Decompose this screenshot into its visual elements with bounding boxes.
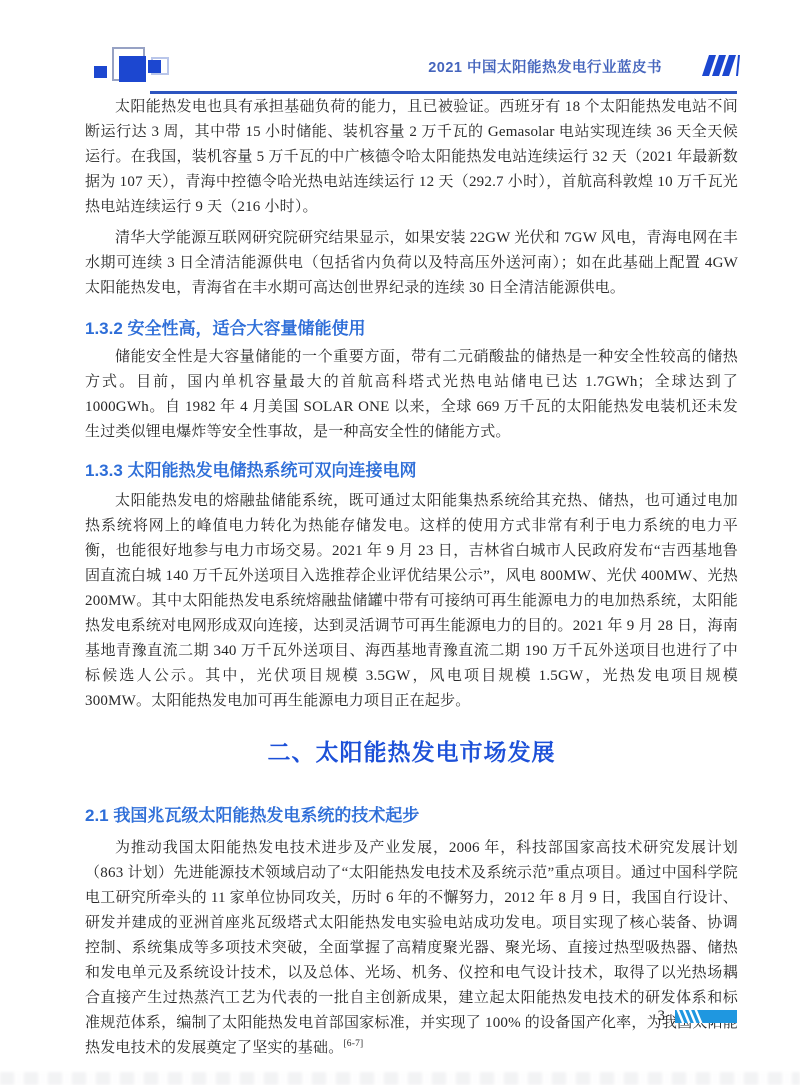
page-edge-artifact — [0, 1072, 800, 1085]
section-heading-1-3-3: 1.3.3 太阳能热发电储热系统可双向连接电网 — [85, 459, 738, 483]
page-number: 3 — [658, 1008, 666, 1025]
document-page: 2021 中国太阳能热发电行业蓝皮书 太阳能热发电也具有承担基础负荷的能力，且已… — [0, 0, 800, 1085]
citation-ref: [6-7] — [343, 1039, 363, 1049]
body-paragraph-2: 清华大学能源互联网研究院研究结果显示，如果安装 22GW 光伏和 7GW 风电，… — [85, 226, 738, 301]
footer-stripe-bar-icon — [675, 1010, 737, 1023]
body-paragraph-5: 为推动我国太阳能热发电技术进步及产业发展，2006 年，科技部国家高技术研究发展… — [85, 836, 738, 1061]
header-rule — [150, 91, 737, 94]
body-paragraph-4: 太阳能热发电的熔融盐储能系统，既可通过太阳能集热系统给其充热、储热，也可通过电加… — [85, 489, 738, 714]
logo-small-right-square — [148, 60, 161, 73]
section-heading-2-1: 2.1 我国兆瓦级太阳能热发电系统的技术起步 — [85, 804, 738, 828]
body-paragraph-3: 储能安全性是大容量储能的一个重要方面，带有二元硝酸盐的储热是一种安全性较高的储热… — [85, 345, 738, 445]
section-heading-1-3-2: 1.3.2 安全性高，适合大容量储能使用 — [85, 317, 738, 341]
page-footer: 3 — [658, 1008, 738, 1025]
body-paragraph-5-text: 为推动我国太阳能热发电技术进步及产业发展，2006 年，科技部国家高技术研究发展… — [85, 840, 738, 1056]
header-title: 2021 中国太阳能热发电行业蓝皮书 — [428, 56, 662, 77]
chapter-heading: 二、太阳能热发电市场发展 — [85, 736, 738, 768]
header-slashes-icon — [702, 54, 740, 77]
bluebook-logo-icon — [93, 46, 173, 86]
logo-filled-square — [119, 56, 146, 82]
page-content: 太阳能热发电也具有承担基础负荷的能力，且已被验证。西班牙有 18 个太阳能热发电… — [85, 95, 738, 1061]
body-paragraph-1: 太阳能热发电也具有承担基础负荷的能力，且已被验证。西班牙有 18 个太阳能热发电… — [85, 95, 738, 220]
logo-small-left-square — [94, 66, 107, 78]
